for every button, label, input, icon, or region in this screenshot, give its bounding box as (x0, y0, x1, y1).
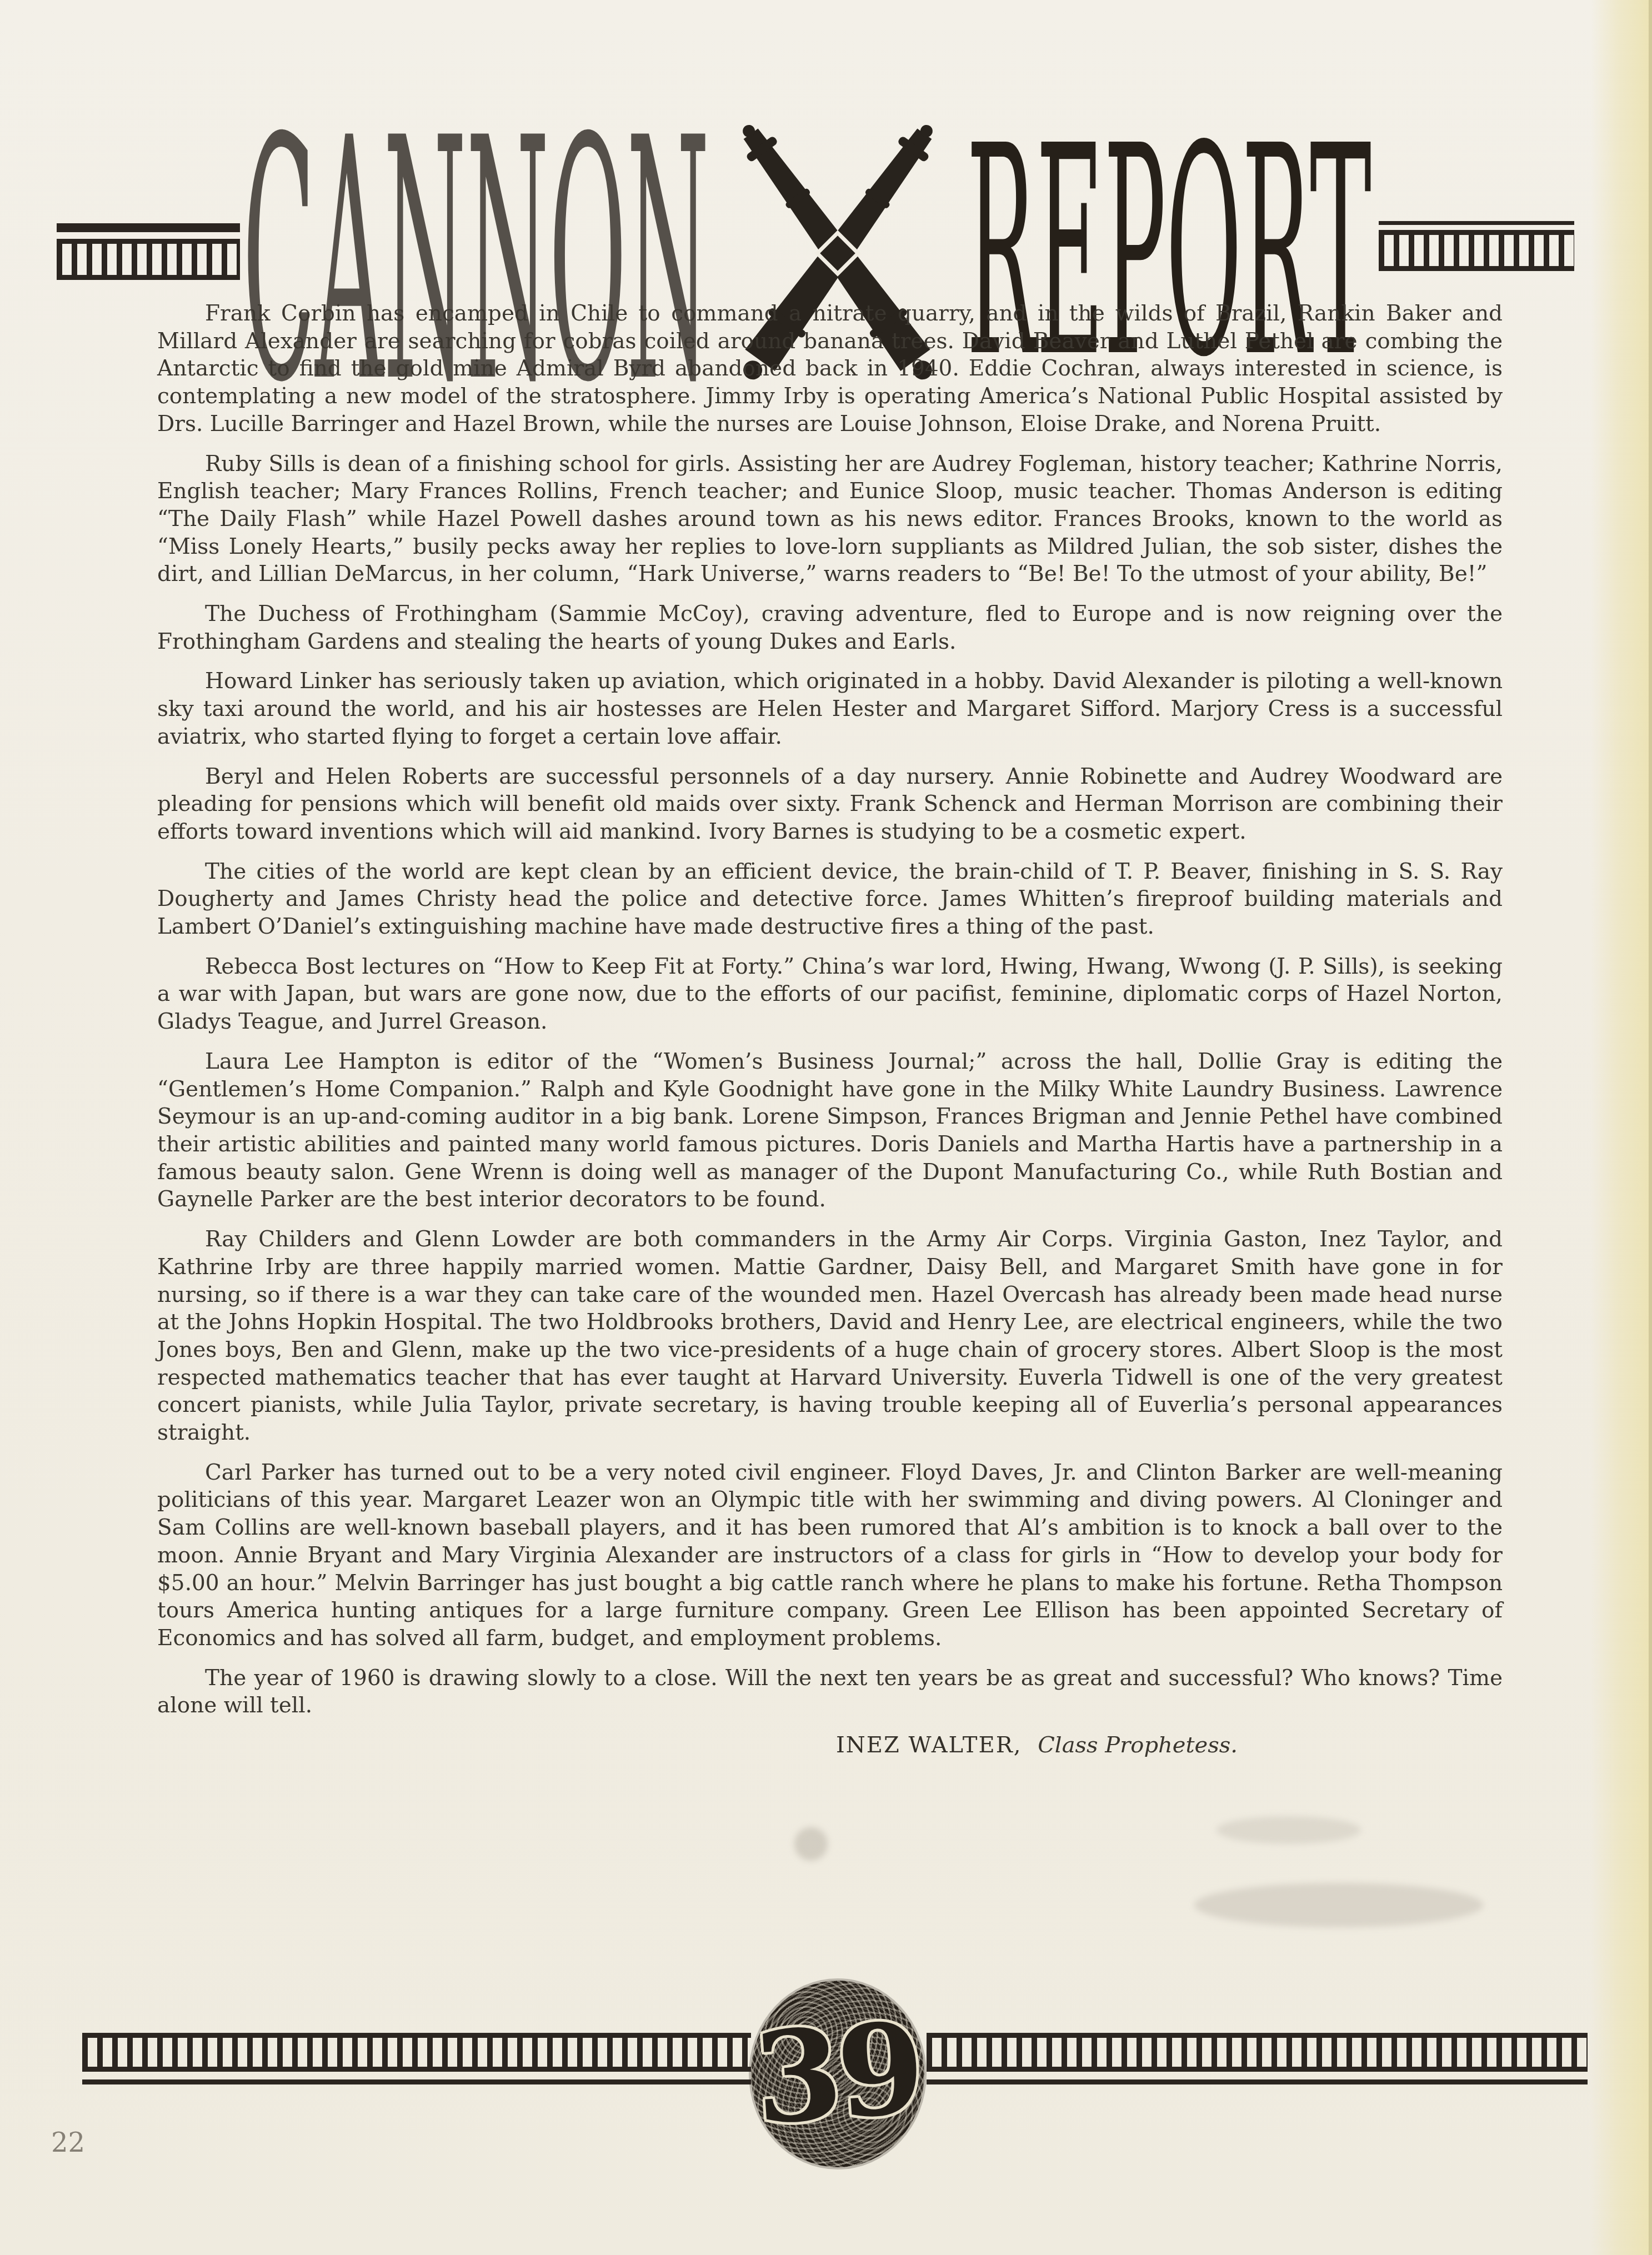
prophetess-title: Class Prophetess. (1038, 1732, 1238, 1758)
ornamental-rule-right (1379, 221, 1574, 271)
prophetess-name: INEZ WALTER, (836, 1732, 1022, 1758)
rule-ladder-band (82, 2033, 751, 2072)
prophecy-paragraph: Ruby Sills is dean of a finishing school… (157, 450, 1503, 589)
prophecy-paragraph: The cities of the world are kept clean b… (157, 858, 1503, 941)
prophecy-paragraph: Carl Parker has turned out to be a very … (157, 1459, 1503, 1652)
prophecy-text-block: Frank Corbin has encamped in Chile to co… (157, 300, 1503, 1760)
rule-ladder-band (57, 239, 240, 280)
ornamental-rule-left (57, 223, 240, 280)
yellowed-paper-edge (1591, 0, 1652, 2255)
paper-edge-line (1649, 0, 1652, 2255)
prophecy-paragraph: Frank Corbin has encamped in Chile to co… (157, 300, 1503, 438)
scan-smudge (1217, 1816, 1361, 1844)
signature-line: INEZ WALTER, Class Prophetess. (157, 1732, 1503, 1760)
class-year-39: 39 (751, 2006, 924, 2142)
scan-smudge (794, 1827, 828, 1861)
rule-ladder-band (1379, 230, 1574, 271)
prophecy-paragraph: Beryl and Helen Roberts are successful p… (157, 763, 1503, 846)
prophecy-paragraph: Rebecca Bost lectures on “How to Keep Fi… (157, 953, 1503, 1036)
rule-bar (927, 2079, 1588, 2084)
yearbook-page: CANNON REPORT (0, 0, 1652, 2255)
footer-rule-right (927, 2033, 1588, 2084)
page-number: 22 (51, 2127, 85, 2158)
prophecy-paragraph: Howard Linker has seriously taken up avi… (157, 668, 1503, 750)
prophecy-paragraph: The Duchess of Frothingham (Sammie McCoy… (157, 600, 1503, 655)
cannonball-39-medallion: 39 (751, 1981, 924, 2167)
footer-rule-left (82, 2033, 751, 2084)
prophecy-paragraph: The year of 1960 is drawing slowly to a … (157, 1665, 1503, 1720)
prophecy-paragraph: Ray Childers and Glenn Lowder are both c… (157, 1226, 1503, 1447)
rule-bar (1379, 221, 1574, 225)
rule-bar (82, 2079, 751, 2084)
scan-smudge (1194, 1883, 1483, 1927)
rule-bar (57, 223, 240, 232)
prophecy-paragraph: Laura Lee Hampton is editor of the “Wome… (157, 1048, 1503, 1214)
rule-ladder-band (927, 2033, 1588, 2072)
